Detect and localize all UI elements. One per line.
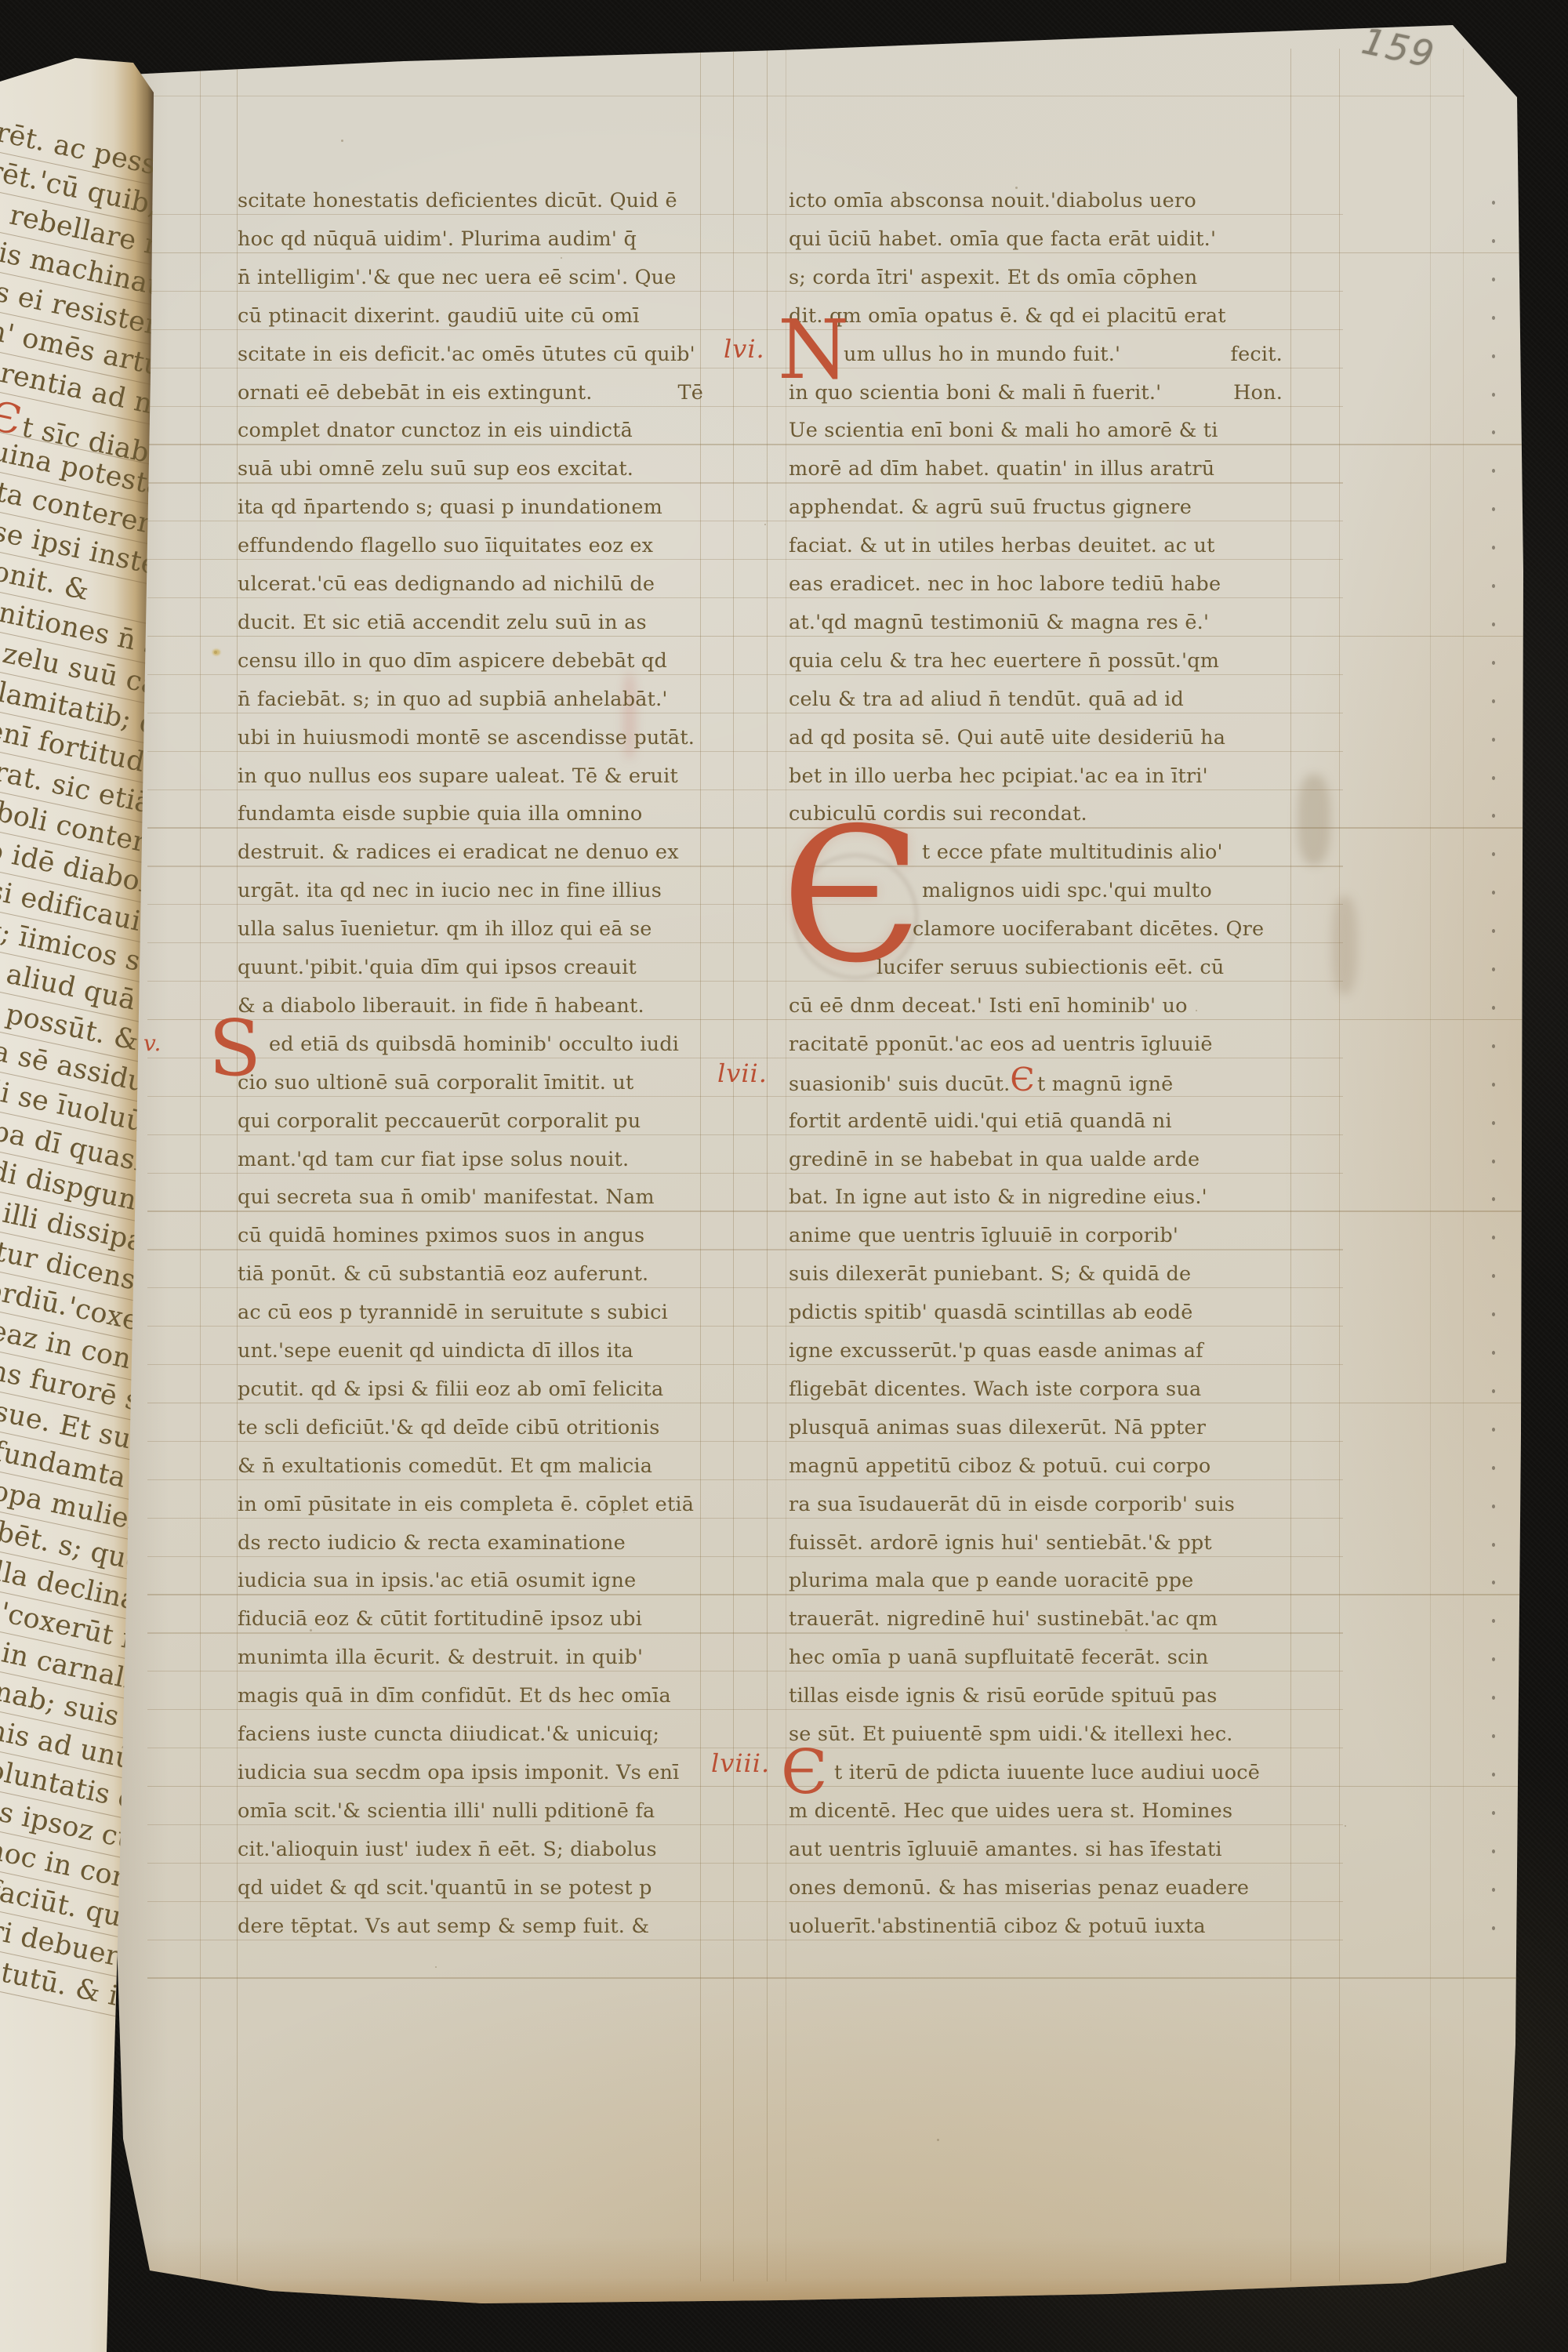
pricking-hole (1492, 201, 1495, 205)
chapter-mark-lvii: lvii. (717, 1058, 768, 1088)
text-line: iudicia sua secdm opa ipsis imponit. Vs … (238, 1754, 708, 1791)
folio-number-pencil: 159 (1358, 20, 1439, 76)
text-line: urgāt. ita qd nec in iucio nec in fine i… (238, 872, 708, 909)
text-line: ds recto iudicio & recta examinatione (238, 1524, 708, 1562)
text-line: mant.'qd tam cur fiat ipse solus nouit. (238, 1141, 708, 1178)
text-line: in quo scientia boni & mali n̄ fuerit.'H… (789, 374, 1287, 412)
pricking-hole (1492, 1888, 1495, 1892)
pricking-hole (1492, 546, 1495, 550)
ruled-line-vertical (767, 49, 768, 2281)
text-line: anime que uentris īgluuiē in corporib' (789, 1217, 1287, 1254)
pricking-hole (1492, 1389, 1495, 1393)
amber-stain (212, 649, 220, 655)
text-line: pcutit. qd & ipsi & filii eoz ab omī fel… (238, 1370, 708, 1408)
text-line: complet dnator cunctoz in eis uindictā (238, 412, 708, 449)
text-line: te scli deficiūt.'& qd deīde cibū otriti… (238, 1409, 708, 1446)
text-line: & a diabolo liberauit. in fide n̄ habean… (238, 987, 708, 1025)
text-line: racitatē pponūt.'ac eos ad uentris īgluu… (789, 1025, 1287, 1063)
pricking-hole (1492, 852, 1495, 856)
text-line: cit.'alioquin iust' iudex n̄ eēt. S; dia… (238, 1831, 708, 1868)
chapter-mark-lvi: lvi. (724, 334, 765, 364)
text-line: dere tēptat. Vs aut semp & semp fuit. & (238, 1907, 708, 1945)
rubric-initial-S: S (209, 1014, 261, 1083)
ruled-line-vertical (733, 49, 734, 2281)
text-line: qui ūciū habet. omīa que facta erāt uidi… (789, 220, 1287, 258)
text-line: plurima mala que p eande uoracitē ppe (789, 1562, 1287, 1599)
pricking-hole (1492, 738, 1495, 742)
text-line: fuissēt. ardorē ignis hui' sentiebāt.'& … (789, 1524, 1287, 1562)
pricking-hole (1492, 814, 1495, 818)
pricking-hole (1492, 1312, 1495, 1316)
pricking-hole (1492, 1428, 1495, 1432)
text-line: magnū appetitū ciboz & potuū. cui corpo (789, 1447, 1287, 1485)
text-line: n̄ intelligim'.'& que nec uera eē scim'.… (238, 259, 708, 296)
margin-mark-v: v. (143, 1030, 162, 1056)
text-line: fortit ardentē uidi.'qui etiā quandā ni (789, 1102, 1287, 1140)
text-line: cū ptinacit dixerint. gaudiū uite cū omī (238, 297, 708, 335)
text-line: ones demonū. & has miserias penaz euader… (789, 1869, 1287, 1907)
pricking-hole (1492, 1926, 1495, 1930)
text-line: ac cū eos p tyrannidē in seruitute s sub… (238, 1294, 708, 1331)
text-line: trauerāt. nigredinē hui' sustinebāt.'ac … (789, 1600, 1287, 1638)
text-line: at.'qd magnū testimoniū & magna res ē.' (789, 604, 1287, 641)
text-line: ducit. Et sic etiā accendit zelu suū in … (238, 604, 708, 641)
text-line: & n̄ exultationis comedūt. Et qm malicia (238, 1447, 708, 1485)
text-line: omīa scit.'& scientia illi' nulli pditio… (238, 1792, 708, 1830)
text-line: eas eradicet. nec in hoc labore tediū ha… (789, 565, 1287, 603)
text-line: aut uentris īgluuiē amantes. si has īfes… (789, 1831, 1287, 1868)
pricking-hole (1492, 1696, 1495, 1700)
text-line: ubi in huiusmodi montē se ascendisse put… (238, 719, 708, 757)
pricking-hole (1492, 1849, 1495, 1853)
ruled-line-vertical (200, 49, 201, 2281)
pricking-hole (1492, 278, 1495, 281)
text-line: celu & tra ad aliud n̄ tendūt. quā ad id (789, 681, 1287, 718)
text-line: plusquā animas suas dilexerūt. Nā ppter (789, 1409, 1287, 1446)
pricking-hole (1492, 430, 1495, 434)
manuscript-page: scitate honestatis deficientes dicūt. Qu… (74, 22, 1526, 2307)
pricking-hole (1492, 1811, 1495, 1815)
text-line: quia celu & tra hec euertere n̄ possūt.'… (789, 642, 1287, 680)
text-line: faciat. & ut in utiles herbas deuitet. a… (789, 527, 1287, 564)
pricking-hole (1492, 239, 1495, 243)
parchment-speck (937, 2139, 939, 2141)
pricking-hole (1492, 1160, 1495, 1163)
text-line: qui corporalit peccauerūt corporalit pu (238, 1102, 708, 1140)
text-line: um ullus ho in mundo fuit.'fecit. (789, 336, 1287, 373)
ruled-line-vertical (1339, 49, 1340, 2281)
text-line: fligebāt dicentes. Wach iste corpora sua (789, 1370, 1287, 1408)
text-line: fiduciā eoz & cūtit fortitudinē ipsoz ub… (238, 1600, 708, 1638)
pricking-hole (1492, 1274, 1495, 1278)
pricking-hole (1492, 1044, 1495, 1048)
text-line: suā ubi omnē zelu suū sup eos excitat. (238, 450, 708, 488)
text-line: gredinē in se habebat in qua ualde arde (789, 1141, 1287, 1178)
text-line: uoluerīt.'abstinentiā ciboz & potuū iuxt… (789, 1907, 1287, 1945)
show-through-mark (1332, 896, 1357, 994)
ruled-line-horizontal (147, 1977, 1527, 1978)
rubric-initial-E-small: Є (781, 1745, 828, 1800)
pricking-hole (1492, 393, 1495, 397)
text-line: munimta illa ēcurit. & destruit. in quib… (238, 1639, 708, 1676)
text-line: s; corda ītri' aspexit. Et ds omīa cōphe… (789, 259, 1287, 296)
pricking-hole (1492, 1121, 1495, 1125)
ruled-line-vertical (1463, 49, 1464, 2281)
pricking-hole (1492, 1581, 1495, 1584)
text-line: destruit. & radices ei eradicat ne denuo… (238, 833, 708, 871)
text-line: n̄ faciebāt. s; in quo ad supbiā anhelab… (238, 681, 708, 718)
pricking-hole (1492, 1619, 1495, 1623)
text-line: ra sua īsudauerāt dū in eisde corporib' … (789, 1486, 1287, 1523)
text-line: hoc qd nūquā uidim'. Plurima audim' q̄ (238, 220, 708, 258)
manuscript-photograph: scitate honestatis deficientes dicūt. Qu… (0, 0, 1568, 2352)
text-line: scitate honestatis deficientes dicūt. Qu… (238, 182, 708, 220)
text-line: ita qd n̄partendo s; quasi p inundatione… (238, 488, 708, 526)
text-line: tillas eisde ignis & risū eorūde spituū … (789, 1677, 1287, 1715)
text-line: pdictis spitib' quasdā scintillas ab eod… (789, 1294, 1287, 1331)
show-through-mark (1298, 775, 1330, 865)
text-line: quunt.'pibit.'quia dīm qui ipsos creauit (238, 949, 708, 986)
text-line: igne excusserūt.'p quas easde animas af (789, 1332, 1287, 1370)
text-line: Ue scientia enī boni & mali ho amorē & t… (789, 412, 1287, 449)
pricking-hole (1492, 661, 1495, 665)
text-line: qd uidet & qd scit.'quantū in se potest … (238, 1869, 708, 1907)
text-line: bat. In igne aut isto & in nigredine eiu… (789, 1178, 1287, 1216)
text-line: ulcerat.'cū eas dedignando ad nichilū de (238, 565, 708, 603)
text-line: ulla salus īuenietur. qm ih illoz qui eā… (238, 910, 708, 948)
pricking-hole (1492, 316, 1495, 320)
text-line: ad qd posita sē. Qui autē uite desideriū… (789, 719, 1287, 757)
text-line: tiā ponūt. & cū substantiā eoz auferunt. (238, 1255, 708, 1293)
pricking-hole (1492, 1351, 1495, 1355)
ruled-line-vertical (1430, 49, 1431, 2281)
text-line: scitate in eis deficit.'ac omēs ūtutes c… (238, 336, 708, 373)
text-line: iudicia sua in ipsis.'ac etiā osumit ign… (238, 1562, 708, 1599)
pricking-hole (1492, 967, 1495, 971)
text-line: icto omīa absconsa nouit.'diabolus uero (789, 182, 1287, 220)
text-line: dit. qm omīa opatus ē. & qd ei placitū e… (789, 297, 1287, 335)
text-line: hec omīa p uanā supfluitatē fecerāt. sci… (789, 1639, 1287, 1676)
pricking-hole (1492, 1773, 1495, 1777)
text-line: ed etiā ds quibsdā hominib' occulto iudi (238, 1025, 708, 1063)
text-line: m dicentē. Hec que uides uera st. Homine… (789, 1792, 1287, 1830)
pricking-hole (1492, 507, 1495, 511)
text-line: unt.'sepe euenit qd uindicta dī illos it… (238, 1332, 708, 1370)
pricking-hole (1492, 776, 1495, 780)
rubric-initial-E-large: Є (781, 818, 923, 974)
text-line: se sūt. Et puiuentē spm uidi.'& itellexi… (789, 1715, 1287, 1753)
pricking-hole (1492, 1236, 1495, 1240)
pricking-hole (1492, 1083, 1495, 1087)
text-line: magis quā in dīm confidūt. Et ds hec omī… (238, 1677, 708, 1715)
text-line: morē ad dīm habet. quatin' in illus arat… (789, 450, 1287, 488)
text-line: in quo nullus eos supare ualeat. Tē & er… (238, 757, 708, 795)
text-line: in omī pūsitate in eis completa ē. cōple… (238, 1486, 708, 1523)
pricking-hole (1492, 699, 1495, 703)
text-line: censu illo in quo dīm aspicere debebāt q… (238, 642, 708, 680)
pricking-hole (1492, 1006, 1495, 1010)
parchment-speck (1345, 1825, 1346, 1827)
text-line: ornati eē debebāt in eis extingunt.Tē (238, 374, 708, 412)
pricking-hole (1492, 1466, 1495, 1470)
text-line: suis dilexerāt puniebant. S; & quidā de (789, 1255, 1287, 1293)
text-line: apphendat. & agrū suū fructus gignere (789, 488, 1287, 526)
text-line: qui secreta sua n̄ omib' manifestat. Nam (238, 1178, 708, 1216)
parchment-speck (764, 524, 766, 525)
parchment-speck (435, 1966, 437, 1968)
text-line: cio suo ultionē suā corporalit īmitit. u… (238, 1064, 708, 1102)
pricking-hole (1492, 469, 1495, 473)
text-line: suasionib' suis ducūt. Єt magnū ignē (789, 1064, 1287, 1102)
pricking-hole (1492, 1543, 1495, 1547)
parchment-speck (341, 140, 343, 142)
pricking-hole (1492, 1504, 1495, 1508)
pricking-hole (1492, 622, 1495, 626)
pricking-hole (1492, 1734, 1495, 1738)
pricking-hole (1492, 584, 1495, 588)
text-line: faciens iuste cuncta diiudicat.'& unicui… (238, 1715, 708, 1753)
text-line: cū quidā homines pximos suos in angus (238, 1217, 708, 1254)
rubric-initial-N: N (778, 314, 849, 386)
text-line: t iterū de pdicta iuuente luce audiui uo… (789, 1754, 1287, 1791)
pricking-hole (1492, 891, 1495, 895)
pricking-hole (1492, 1657, 1495, 1661)
ruled-line-horizontal (147, 96, 1465, 96)
chapter-mark-lviii: lviii. (711, 1748, 770, 1778)
ruled-line-vertical (1290, 49, 1291, 2281)
pricking-hole (1492, 354, 1495, 358)
text-line: fundamta eisde supbie quia illa omnino (238, 795, 708, 833)
pricking-hole (1492, 929, 1495, 933)
pricking-hole (1492, 1197, 1495, 1201)
text-line: effundendo flagello suo īiquitates eoz e… (238, 527, 708, 564)
